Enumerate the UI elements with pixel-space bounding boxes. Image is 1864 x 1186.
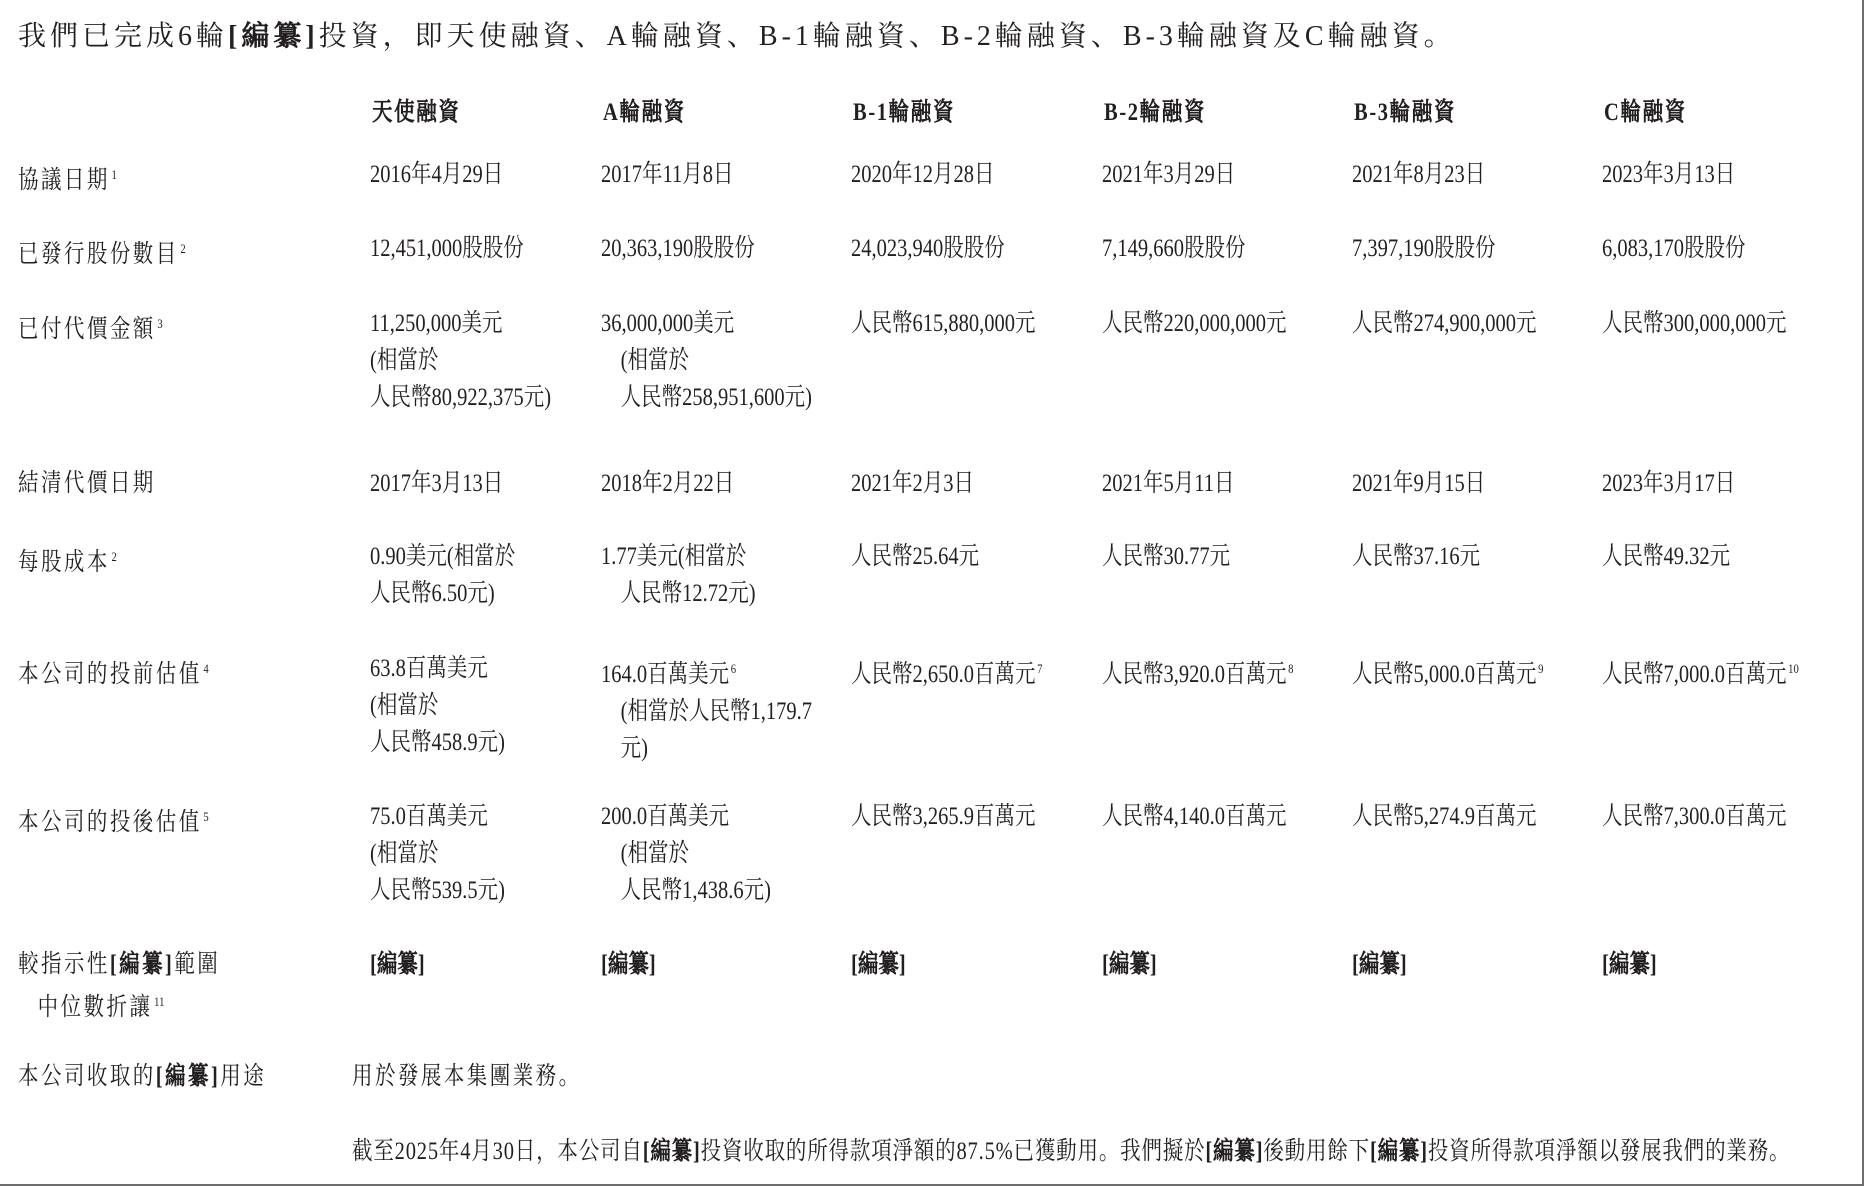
table-cell: 75.0百萬美元(相當於人民幣539.5元) bbox=[370, 798, 505, 909]
column-header-series-b3: B-3輪融資 bbox=[1354, 94, 1456, 131]
table-cell: 2021年5月11日 bbox=[1102, 465, 1234, 502]
table-cell: 2021年2月3日 bbox=[851, 465, 974, 502]
table-cell: 2017年11月8日 bbox=[601, 156, 733, 193]
column-header-series-b2: B-2輪融資 bbox=[1104, 94, 1206, 131]
row-label-pre-money-valuation: 本公司的投前估值4 bbox=[18, 650, 209, 693]
intro-sentence: 我們已完成6輪[編纂]投資，即天使融資、A輪融資、B-1輪融資、B-2輪融資、B… bbox=[18, 14, 1456, 54]
column-header-series-a: A輪融資 bbox=[603, 94, 686, 131]
table-cell: 人民幣37.16元 bbox=[1352, 538, 1480, 575]
use-of-proceeds-note: 截至2025年4月30日，本公司自[編纂]投資收取的所得款項淨額的87.5%已獲… bbox=[352, 1133, 1790, 1170]
table-cell: 0.90美元(相當於人民幣6.50元) bbox=[370, 538, 515, 612]
redacted-marker: [編纂] bbox=[1602, 946, 1657, 983]
table-cell: 人民幣2,650.0百萬元7 bbox=[851, 650, 1042, 693]
column-header-series-c: C輪融資 bbox=[1604, 94, 1687, 131]
redacted-marker: [編纂] bbox=[156, 1063, 220, 1090]
redacted-marker: [編纂] bbox=[110, 951, 174, 978]
row-label-shares-issued: 已發行股份數目2 bbox=[18, 230, 186, 273]
table-cell: 人民幣25.64元 bbox=[851, 538, 979, 575]
row-label-consideration-paid: 已付代價金額3 bbox=[18, 305, 163, 348]
table-cell: 2021年3月29日 bbox=[1102, 156, 1235, 193]
redacted-marker: [編纂] bbox=[1352, 946, 1407, 983]
table-cell: 人民幣5,274.9百萬元 bbox=[1352, 798, 1537, 835]
table-cell: 人民幣30.77元 bbox=[1102, 538, 1230, 575]
table-cell: 人民幣7,000.0百萬元10 bbox=[1602, 650, 1799, 693]
table-cell: 7,149,660股股份 bbox=[1102, 230, 1246, 267]
table-cell: 人民幣615,880,000元 bbox=[851, 305, 1036, 342]
table-cell: 11,250,000美元(相當於人民幣80,922,375元) bbox=[370, 305, 551, 416]
table-cell: 2018年2月22日 bbox=[601, 465, 734, 502]
redacted-marker: [編纂] bbox=[370, 946, 425, 983]
table-cell: 63.8百萬美元(相當於人民幣458.9元) bbox=[370, 650, 505, 761]
table-cell: 7,397,190股股份 bbox=[1352, 230, 1496, 267]
table-cell: 1.77美元(相當於人民幣12.72元) bbox=[601, 538, 756, 612]
table-cell: 人民幣274,900,000元 bbox=[1352, 305, 1537, 342]
table-cell: 人民幣7,300.0百萬元 bbox=[1602, 798, 1787, 835]
redacted-marker: [編纂] bbox=[851, 946, 906, 983]
table-cell: 2023年3月13日 bbox=[1602, 156, 1735, 193]
table-cell: 人民幣5,000.0百萬元9 bbox=[1352, 650, 1543, 693]
use-of-proceeds-value: 用於發展本集團業務。 bbox=[352, 1058, 582, 1095]
table-cell: 人民幣300,000,000元 bbox=[1602, 305, 1787, 342]
table-cell: 2021年8月23日 bbox=[1352, 156, 1485, 193]
table-cell: 2021年9月15日 bbox=[1352, 465, 1485, 502]
row-label-discount-to-median: 較指示性[編纂]範圍 中位數折讓11 bbox=[18, 946, 220, 1026]
table-cell: 人民幣4,140.0百萬元 bbox=[1102, 798, 1287, 835]
table-cell: 6,083,170股股份 bbox=[1602, 230, 1746, 267]
table-cell: 2017年3月13日 bbox=[370, 465, 503, 502]
column-header-angel: 天使融資 bbox=[372, 94, 461, 131]
redacted-marker: [編纂] bbox=[1102, 946, 1157, 983]
table-cell: 2016年4月29日 bbox=[370, 156, 503, 193]
intro-pre: 我們已完成6輪 bbox=[18, 21, 228, 52]
column-header-series-b1: B-1輪融資 bbox=[853, 94, 955, 131]
table-cell: 200.0百萬美元(相當於人民幣1,438.6元) bbox=[601, 798, 771, 909]
table-cell: 2020年12月28日 bbox=[851, 156, 995, 193]
row-label-agreement-date: 協議日期1 bbox=[18, 156, 117, 199]
table-cell: 36,000,000美元(相當於人民幣258,951,600元) bbox=[601, 305, 812, 416]
table-cell: 164.0百萬美元6 (相當於人民幣1,179.7元) bbox=[601, 650, 812, 767]
table-cell: 人民幣220,000,000元 bbox=[1102, 305, 1287, 342]
table-cell: 人民幣3,920.0百萬元8 bbox=[1102, 650, 1293, 693]
row-label-settlement-date: 結清代價日期 bbox=[18, 465, 156, 502]
row-label-use-of-proceeds: 本公司收取的[編纂]用途 bbox=[18, 1058, 266, 1095]
table-cell: 24,023,940股股份 bbox=[851, 230, 1005, 267]
intro-post: 投資，即天使融資、A輪融資、B-1輪融資、B-2輪融資、B-3輪融資及C輪融資。 bbox=[319, 21, 1456, 52]
row-label-post-money-valuation: 本公司的投後估值5 bbox=[18, 798, 209, 841]
row-label-cost-per-share: 每股成本2 bbox=[18, 538, 117, 581]
table-cell: 人民幣49.32元 bbox=[1602, 538, 1730, 575]
table-cell: 人民幣3,265.9百萬元 bbox=[851, 798, 1036, 835]
table-cell: 2023年3月17日 bbox=[1602, 465, 1735, 502]
table-cell: 12,451,000股股份 bbox=[370, 230, 524, 267]
redacted-marker: [編纂] bbox=[601, 946, 656, 983]
redacted-marker: [編纂] bbox=[228, 21, 319, 52]
table-cell: 20,363,190股股份 bbox=[601, 230, 755, 267]
